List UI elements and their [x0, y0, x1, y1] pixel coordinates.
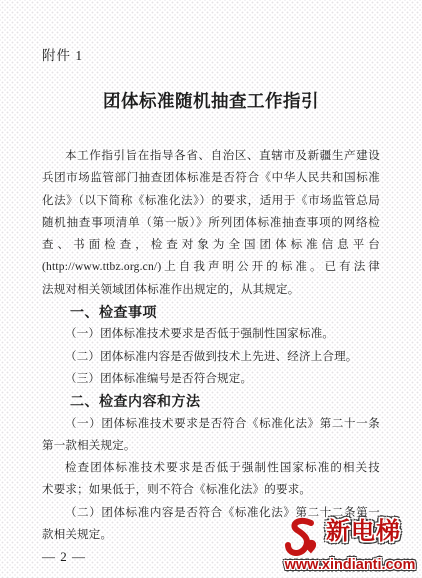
section-2-heading: 二、检查内容和方法: [42, 390, 380, 412]
document-content: 附件 1 团体标准随机抽查工作指引 本工作指引旨在指导各省、自治区、直辖市及新疆…: [42, 47, 380, 564]
para1-line-2: 兵团市场监管部门抽查团体标准是否符合《中华人民共和国标准: [42, 167, 380, 189]
para1-line-6: (http://www.ttbz.org.cn/)上自我声明公开的标准。已有法律: [42, 256, 380, 278]
para1-line-7: 法规对相关领域团体标准作出规定的，从其规定。: [42, 279, 380, 301]
para1-line-3: 化法》（以下简称《标准化法》）的要求，适用于《市场监管总局: [42, 190, 380, 212]
attachment-label: 附件 1: [42, 47, 380, 64]
document-title: 团体标准随机抽查工作指引: [42, 89, 380, 114]
section-1-heading: 一、检查事项: [42, 301, 380, 323]
watermark: 新电梯 www.xindianti.com: [280, 516, 420, 574]
section-2-item-1-line-2: 第一款相关规定。: [42, 435, 380, 457]
watermark-brand-text: 新电梯: [326, 518, 401, 546]
section-1-item-1: （一）团体标准技术要求是否低于强制性国家标准。: [42, 323, 380, 345]
section-2-note-line-2: 术要求；如果低于，则不符合《标准化法》的要求。: [42, 479, 380, 501]
watermark-website-text: www.xindianti.com: [280, 557, 420, 574]
para1-line-4: 随机抽查事项清单（第一版）》所列团体标准抽查事项的网络检: [42, 212, 380, 234]
section-1-item-2: （二）团体标准内容是否做到技术上先进、经济上合理。: [42, 346, 380, 368]
para1-line-5: 查、书面检查，检查对象为全国团体标准信息平台: [42, 234, 380, 256]
section-2-item-1-line-1: （一）团体标准技术要求是否符合《标准化法》第二十一条: [42, 413, 380, 435]
document-page: 附件 1 团体标准随机抽查工作指引 本工作指引旨在指导各省、自治区、直辖市及新疆…: [0, 0, 422, 578]
section-1-item-3: （三）团体标准编号是否符合规定。: [42, 368, 380, 390]
document-body: 本工作指引旨在指导各省、自治区、直辖市及新疆生产建设 兵团市场监管部门抽查团体标…: [42, 145, 380, 546]
para1-line-1: 本工作指引旨在指导各省、自治区、直辖市及新疆生产建设: [42, 145, 380, 167]
section-2-note-line-1: 检查团体标准技术要求是否低于强制性国家标准的相关技: [42, 457, 380, 479]
